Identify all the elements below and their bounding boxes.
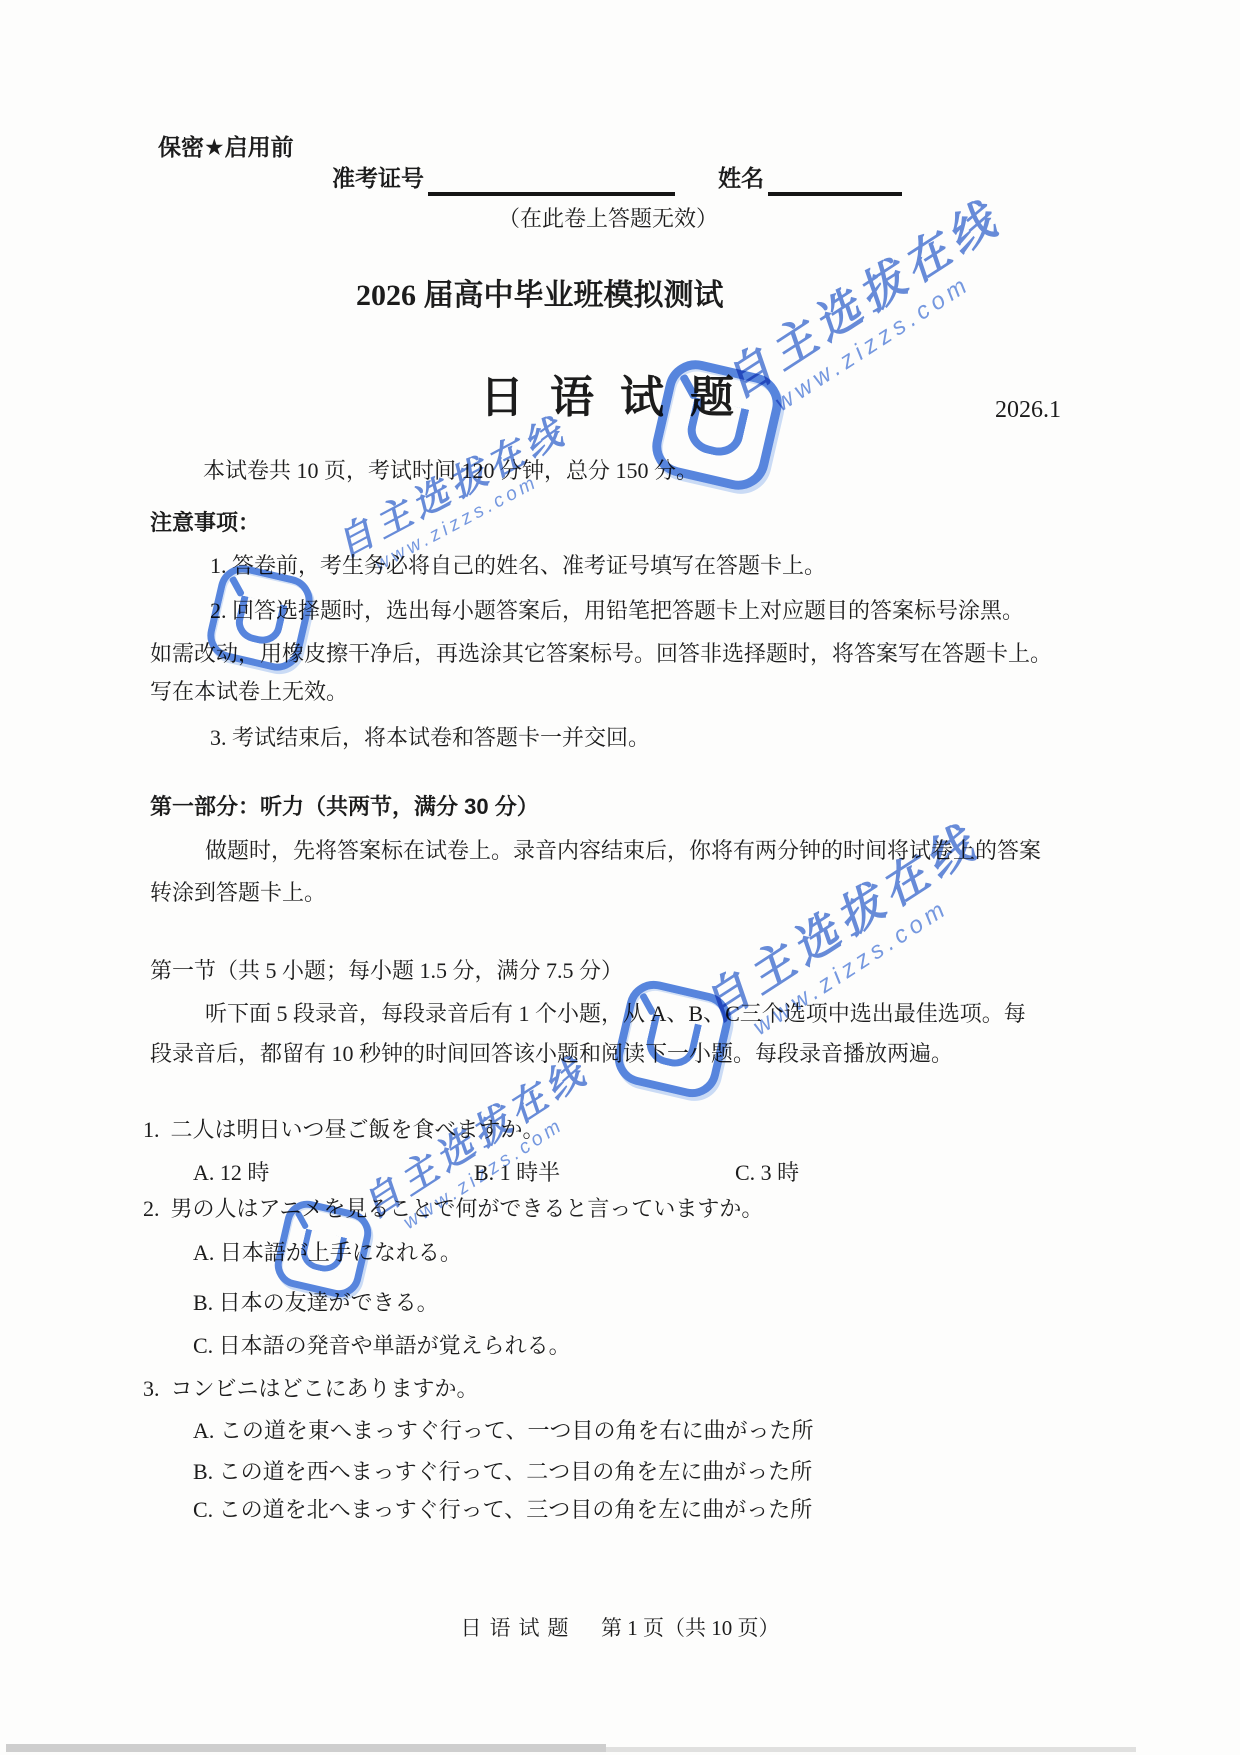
exam-date: 2026.1 <box>995 396 1061 425</box>
footer-subject: 日语试题 <box>461 1616 577 1640</box>
question-1-option-a: A. 12 時 <box>193 1160 269 1186</box>
notice-heading: 注意事项： <box>150 510 260 536</box>
notice-line-5: 3. 考试结束后，将本试卷和答题卡一并交回。 <box>210 725 650 751</box>
notice-line-3: 如需改动，用橡皮擦干净后，再选涂其它答案标号。回答非选择题时，将答案写在答题卡上… <box>150 641 1052 667</box>
scan-artifact-band-light <box>606 1747 1136 1752</box>
question-3-stem: コンビニはどこにありますか。 <box>171 1376 479 1401</box>
question-3-option-c: C. この道を北へまっすぐ行って、三つ目の角を左に曲がった所 <box>193 1497 812 1523</box>
scan-artifact-band <box>6 1744 606 1752</box>
notice-line-4: 写在本试卷上无效。 <box>150 679 348 705</box>
exam-title: 2026 届高中毕业班模拟测试 <box>356 278 724 314</box>
part1-desc-line-2: 转涂到答题卡上。 <box>150 880 326 906</box>
name-label: 姓名 <box>718 165 764 193</box>
question-1-option-b: B. 1 時半 <box>474 1160 560 1186</box>
watermark-script-text: 自主选拔在线 <box>330 411 574 566</box>
question-2-stem: 男の人はアニメを見ることで何ができると言っていますか。 <box>171 1196 764 1221</box>
question-3-option-a: A. この道を東へまっすぐ行って、一つ目の角を右に曲がった所 <box>193 1418 813 1444</box>
question-1-number: 1. <box>143 1117 160 1142</box>
section1-desc-line-2: 段录音后，都留有 10 秒钟的时间回答该小题和阅读下一小题。每段录音播放两遍。 <box>150 1041 953 1067</box>
question-2-option-c: C. 日本語の発音や単語が覚えられる。 <box>193 1333 571 1359</box>
page-footer: 日语试题 第 1 页（共 10 页） <box>0 1616 1240 1641</box>
question-3-option-b: B. この道を西へまっすぐ行って、二つ目の角を左に曲がった所 <box>193 1459 812 1485</box>
notice-line-1: 1. 答卷前，考生务必将自己的姓名、准考证号填写在答题卡上。 <box>210 553 826 579</box>
part1-heading: 第一部分：听力（共两节，满分 30 分） <box>150 794 539 820</box>
question-1: 1. 二人は明日いつ昼ご飯を食べますか。 <box>143 1117 545 1143</box>
part1-desc-line-1: 做题时，先将答案标在试卷上。录音内容结束后，你将有两分钟的时间将试卷上的答案 <box>205 838 1041 864</box>
exam-paper-page: { "header": { "security_label": "保密★启用前"… <box>0 0 1240 1755</box>
question-2-option-b: B. 日本の友達ができる。 <box>193 1290 439 1316</box>
admission-number-label: 准考证号 <box>332 165 424 193</box>
section1-desc-line-1: 听下面 5 段录音，每段录音后有 1 个小题，从 A、B、C三个选项中选出最佳选… <box>205 1001 1026 1027</box>
answer-invalid-note: （在此卷上答题无效） <box>498 206 718 232</box>
paper-summary: 本试卷共 10 页，考试时间 120 分钟，总分 150 分。 <box>203 458 698 484</box>
watermark-logo-icon <box>609 975 736 1102</box>
footer-page-number: 第 1 页（共 10 页） <box>601 1616 780 1640</box>
question-2: 2. 男の人はアニメを見ることで何ができると言っていますか。 <box>143 1196 763 1222</box>
section1-heading: 第一节（共 5 小题；每小题 1.5 分，满分 7.5 分） <box>150 958 623 984</box>
question-2-number: 2. <box>143 1196 160 1221</box>
question-1-stem: 二人は明日いつ昼ご飯を食べますか。 <box>171 1117 545 1142</box>
question-3-number: 3. <box>143 1376 160 1401</box>
question-2-option-a: A. 日本語が上手になれる。 <box>193 1240 462 1266</box>
name-blank-line <box>768 192 902 196</box>
question-1-option-c: C. 3 時 <box>735 1160 799 1186</box>
notice-line-2: 2. 回答选择题时，选出每小题答案后，用铅笔把答题卡上对应题目的答案标号涂黑。 <box>210 598 1024 624</box>
security-label: 保密★启用前 <box>158 134 294 162</box>
admission-number-blank-line <box>428 192 675 196</box>
question-3: 3. コンビニはどこにありますか。 <box>143 1376 479 1402</box>
